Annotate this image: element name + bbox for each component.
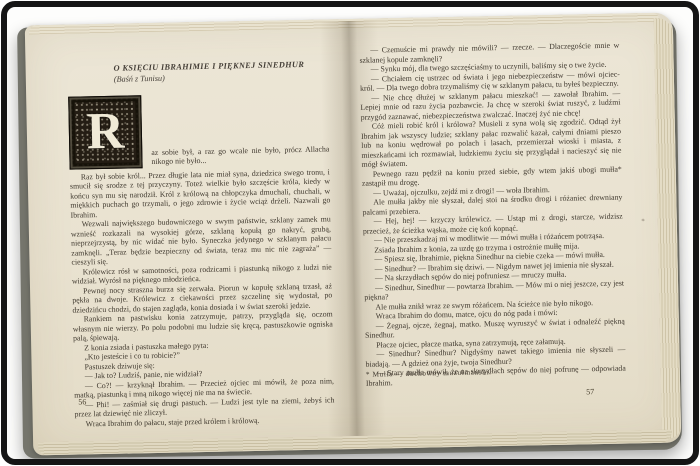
opening-row: R az sobie był, a raz go wcale nie było,… — [68, 91, 329, 169]
story-header: O KSIĘCIU IBRAHIMIE I PIĘKNEJ SINEDHUR (… — [114, 59, 328, 84]
drop-cap-letter: R — [86, 106, 125, 159]
photo-background: O KSIĘCIU IBRAHIMIE I PIĘKNEJ SINEDHUR (… — [7, 7, 693, 459]
paragraph: Wezwali największego budowniczego w swym… — [71, 214, 332, 267]
paragraph: az sobie był, a raz go wcale nie było, p… — [151, 144, 329, 167]
right-page: — Czemuście mi prawdy nie mówili? — rzec… — [343, 21, 657, 435]
left-page: O KSIĘCIU IBRAHIMIE I PIĘKNEJ SINEDHUR (… — [33, 27, 351, 441]
book-pages-block: O KSIĘCIU IBRAHIMIE I PIĘKNEJ SINEDHUR (… — [25, 13, 681, 456]
page-number-right: 57 — [586, 387, 594, 396]
page-number-left: 56 — [78, 397, 86, 406]
ornamental-drop-cap: R — [68, 95, 142, 169]
open-book-photo: O KSIĘCIU IBRAHIMIE I PIĘKNEJ SINEDHUR (… — [25, 13, 681, 456]
paragraph: Cóż mieli robić król i królowa? Musieli … — [361, 117, 622, 170]
opening-paragraph: az sobie był, a raz go wcale nie było, p… — [151, 144, 329, 168]
paragraph: Raz był sobie król... Przez długie lata … — [70, 167, 331, 220]
margin-asterisk-mark: * — [641, 217, 645, 225]
